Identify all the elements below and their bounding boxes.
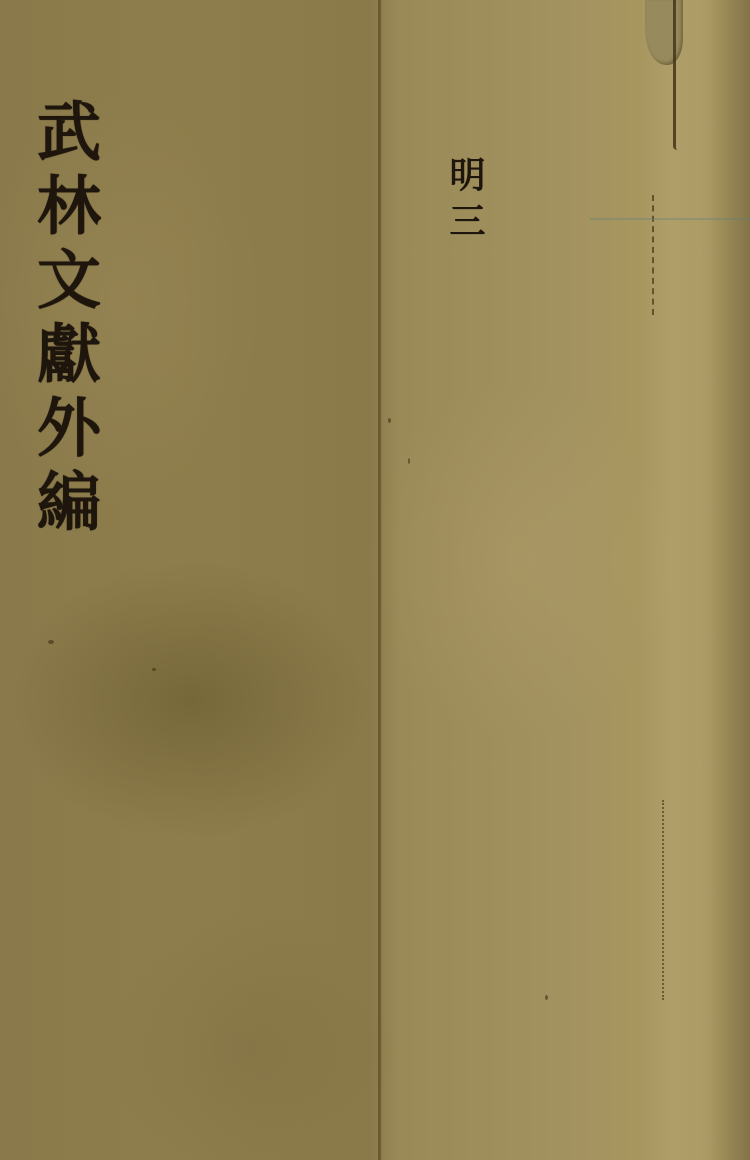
right-edge-shadow <box>710 0 750 1160</box>
cover-title: 武林文獻外編 <box>12 80 102 560</box>
paper-crack-middle <box>652 195 660 315</box>
paper-speck <box>388 418 391 423</box>
volume-label: 明三 <box>438 152 488 252</box>
paper-speck <box>152 668 156 671</box>
paper-speck <box>48 640 54 644</box>
paper-crack-bottom <box>662 800 670 1000</box>
spine-wear-strip <box>640 0 715 1160</box>
paper-speck <box>545 995 548 1000</box>
paper-crack-top <box>673 0 684 150</box>
book-cover: 武林文獻外編 明三 <box>0 0 750 1160</box>
faint-blue-mark <box>590 218 750 220</box>
center-fold-crease <box>378 0 382 1160</box>
paper-speck <box>408 458 410 464</box>
